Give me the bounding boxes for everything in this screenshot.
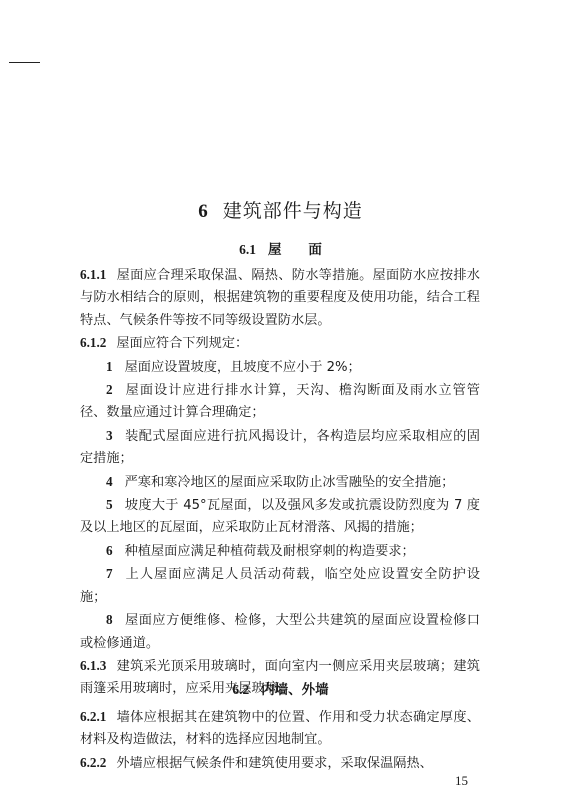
clause-6-2-2: 6.2.2外墙应根据气候条件和建筑使用要求，采取保温隔热、 (80, 752, 480, 775)
list-item: 6种植屋面应满足种植荷载及耐根穿刺的构造要求； (80, 540, 480, 563)
chapter-title: 6建筑部件与构造 (0, 196, 561, 223)
clause-6-1-2: 6.1.2屋面应符合下列规定： (80, 332, 480, 355)
item-text: 严寒和寒冷地区的屋面应采取防止冰雪融坠的安全措施； (125, 475, 455, 490)
clause-number: 6.1.2 (80, 335, 106, 350)
section-title-6-1: 6.1屋 面 (0, 238, 561, 258)
clause-text: 墙体应根据其在建筑物中的位置、作用和受力状态确定厚度、材料及构造做法，材料的选择… (80, 710, 480, 747)
item-text: 种植屋面应满足种植荷载及耐根穿刺的构造要求； (125, 544, 415, 559)
item-number: 6 (106, 543, 113, 558)
clause-number: 6.1.3 (80, 658, 106, 673)
clause-number: 6.2.2 (80, 755, 106, 770)
clause-text: 屋面应合理采取保温、隔热、防水等措施。屋面防水应按排水与防水相结合的原则，根据建… (80, 268, 480, 328)
clause-number: 6.1.1 (80, 267, 106, 282)
item-number: 4 (106, 474, 113, 489)
item-number: 1 (106, 359, 113, 374)
section-title-text: 屋 面 (268, 242, 322, 258)
clause-6-2-1: 6.2.1墙体应根据其在建筑物中的位置、作用和受力状态确定厚度、材料及构造做法，… (80, 706, 480, 752)
item-text: 上人屋面应满足人员活动荷载，临空处应设置安全防护设施； (80, 567, 480, 604)
clause-6-1-1: 6.1.1屋面应合理采取保温、隔热、防水等措施。屋面防水应按排水与防水相结合的原… (80, 264, 480, 332)
item-number: 2 (106, 382, 113, 397)
item-text: 屋面设计应进行排水计算，天沟、檐沟断面及雨水立管管径、数量应通过计算合理确定； (80, 383, 480, 420)
item-text: 屋面应方便维修、检修，大型公共建筑的屋面应设置检修口或检修通道。 (80, 613, 480, 650)
item-number: 3 (106, 428, 113, 443)
list-item: 7上人屋面应满足人员活动荷载，临空处应设置安全防护设施； (80, 563, 480, 609)
item-text: 坡度大于 45°瓦屋面，以及强风多发或抗震设防烈度为 7 度及以上地区的瓦屋面，… (80, 498, 480, 535)
chapter-title-text: 建筑部件与构造 (223, 200, 363, 222)
list-item: 8屋面应方便维修、检修，大型公共建筑的屋面应设置检修口或检修通道。 (80, 609, 480, 655)
section-title-text: 内墙、外墙 (261, 682, 329, 698)
item-text: 屋面应设置坡度，且坡度不应小于 2%； (125, 360, 361, 375)
clause-text: 屋面应符合下列规定： (116, 336, 248, 351)
section-number: 6.2 (232, 682, 249, 697)
chapter-number: 6 (198, 201, 209, 222)
item-number: 5 (106, 497, 113, 512)
item-number: 7 (106, 566, 113, 581)
list-item: 3装配式屋面应进行抗风揭设计，各构造层均应采取相应的固定措施； (80, 425, 480, 471)
clause-text: 外墙应根据气候条件和建筑使用要求，采取保温隔热、 (116, 756, 433, 771)
list-item: 1屋面应设置坡度，且坡度不应小于 2%； (80, 356, 480, 379)
section-title-6-2: 6.2内墙、外墙 (0, 678, 561, 698)
item-number: 8 (106, 612, 113, 627)
clause-number: 6.2.1 (80, 709, 106, 724)
list-item: 2屋面设计应进行排水计算，天沟、檐沟断面及雨水立管管径、数量应通过计算合理确定； (80, 379, 480, 425)
section-body-6-1: 6.1.1屋面应合理采取保温、隔热、防水等措施。屋面防水应按排水与防水相结合的原… (80, 264, 480, 701)
list-item: 5坡度大于 45°瓦屋面，以及强风多发或抗震设防烈度为 7 度及以上地区的瓦屋面… (80, 494, 480, 540)
item-text: 装配式屋面应进行抗风揭设计，各构造层均应采取相应的固定措施； (80, 429, 480, 466)
section-body-6-2: 6.2.1墙体应根据其在建筑物中的位置、作用和受力状态确定厚度、材料及构造做法，… (80, 706, 480, 775)
page-number: 15 (455, 773, 468, 789)
section-number: 6.1 (239, 242, 256, 257)
top-rule (9, 62, 40, 63)
list-item: 4严寒和寒冷地区的屋面应采取防止冰雪融坠的安全措施； (80, 471, 480, 494)
